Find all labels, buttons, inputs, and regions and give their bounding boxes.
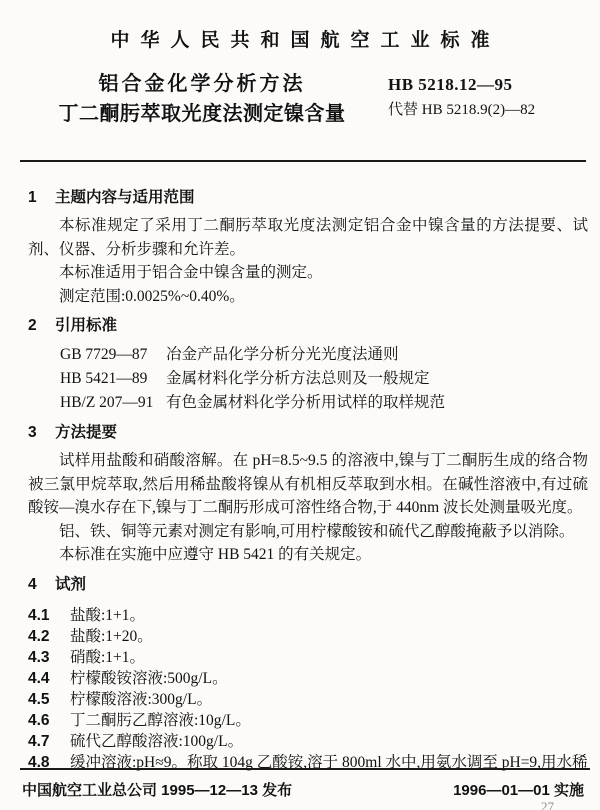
reference-row: HB 5421—89 金属材料化学分析方法总则及一般规定 bbox=[28, 367, 588, 391]
reagent-item-number: 4.3 bbox=[28, 647, 70, 668]
document-body: 1 主题内容与适用范围 本标准规定了采用丁二酮肟萃取光度法测定铝合金中镍含量的方… bbox=[0, 187, 600, 773]
reagent-item-text: 柠檬酸铵溶液:500g/L。 bbox=[70, 668, 228, 689]
reagent-item-text: 盐酸:1+20。 bbox=[70, 626, 153, 647]
reagent-item: 4.7 硫代乙醇酸溶液:100g/L。 bbox=[28, 731, 588, 752]
section-1-paragraph-3: 测定范围:0.0025%~0.40%。 bbox=[28, 285, 588, 309]
standard-replaces: 代替 HB 5218.9(2)—82 bbox=[388, 98, 535, 119]
reagent-item: 4.4 柠檬酸铵溶液:500g/L。 bbox=[28, 668, 588, 689]
org-header-title: 中华人民共和国航空工业标准 bbox=[0, 0, 600, 52]
section-2-heading: 2 引用标准 bbox=[28, 315, 588, 337]
reagent-item: 4.5 柠檬酸溶液:300g/L。 bbox=[28, 689, 588, 710]
standard-code: HB 5218.12—95 bbox=[388, 75, 535, 95]
section-1-title: 主题内容与适用范围 bbox=[55, 187, 195, 209]
reference-row: HB/Z 207—91 有色金属材料化学分析用试样的取样规范 bbox=[28, 391, 588, 415]
reagent-item-number: 4.7 bbox=[28, 731, 70, 752]
standard-title-line2: 丁二酮肟萃取光度法测定镍含量 bbox=[26, 99, 378, 129]
section-3-number: 3 bbox=[28, 422, 55, 444]
section-4-title: 试剂 bbox=[55, 574, 86, 596]
reference-code: GB 7729—87 bbox=[60, 343, 166, 367]
reagent-list: 4.1 盐酸:1+1。 4.2 盐酸:1+20。 4.3 硝酸:1+1。 4.4… bbox=[28, 605, 588, 773]
section-1-paragraph-2: 本标准适用于铝合金中镍含量的测定。 bbox=[28, 261, 588, 285]
reagent-item-number: 4.1 bbox=[28, 605, 70, 626]
reagent-item-number: 4.4 bbox=[28, 668, 70, 689]
header-divider bbox=[20, 160, 586, 162]
footer-divider bbox=[20, 768, 590, 770]
reagent-item-text: 硫代乙醇酸溶液:100g/L。 bbox=[70, 731, 243, 752]
section-2-title: 引用标准 bbox=[55, 315, 117, 337]
section-4-number: 4 bbox=[28, 574, 55, 596]
reagent-item: 4.2 盐酸:1+20。 bbox=[28, 626, 588, 647]
reagent-item-text: 丁二酮肟乙醇溶液:10g/L。 bbox=[70, 710, 251, 731]
section-3-paragraph-1: 试样用盐酸和硝酸溶解。在 pH=8.5~9.5 的溶液中,镍与丁二酮肟生成的络合… bbox=[28, 449, 588, 520]
section-1-paragraph-1: 本标准规定了采用丁二酮肟萃取光度法测定铝合金中镍含量的方法提要、试剂、仪器、分析… bbox=[28, 214, 588, 261]
footer-effective-text: 1996—01—01 实施 bbox=[453, 779, 584, 800]
reference-title: 冶金产品化学分析分光光度法通则 bbox=[166, 343, 399, 367]
section-3-heading: 3 方法提要 bbox=[28, 422, 588, 444]
reference-list: GB 7729—87 冶金产品化学分析分光光度法通则 HB 5421—89 金属… bbox=[28, 343, 588, 415]
reagent-item: 4.3 硝酸:1+1。 bbox=[28, 647, 588, 668]
reference-code: HB/Z 207—91 bbox=[60, 391, 166, 415]
standard-designation: HB 5218.12—95 代替 HB 5218.9(2)—82 bbox=[388, 69, 535, 119]
section-1-heading: 1 主题内容与适用范围 bbox=[28, 187, 588, 209]
reference-row: GB 7729—87 冶金产品化学分析分光光度法通则 bbox=[28, 343, 588, 367]
section-4-heading: 4 试剂 bbox=[28, 574, 588, 596]
reference-code: HB 5421—89 bbox=[60, 367, 166, 391]
reagent-item: 4.1 盐酸:1+1。 bbox=[28, 605, 588, 626]
footer: 中国航空工业总公司 1995—12—13 发布 1996—01—01 实施 bbox=[22, 779, 584, 800]
standard-title-line1: 铝合金化学分析方法 bbox=[26, 69, 378, 99]
title-block: 铝合金化学分析方法 丁二酮肟萃取光度法测定镍含量 HB 5218.12—95 代… bbox=[0, 69, 600, 129]
reagent-item-text: 盐酸:1+1。 bbox=[70, 605, 145, 626]
section-2-number: 2 bbox=[28, 315, 55, 337]
reagent-item: 4.6 丁二酮肟乙醇溶液:10g/L。 bbox=[28, 710, 588, 731]
standard-document-page: 中华人民共和国航空工业标准 铝合金化学分析方法 丁二酮肟萃取光度法测定镍含量 H… bbox=[0, 0, 600, 810]
page-number: 27 bbox=[541, 799, 554, 810]
section-3-title: 方法提要 bbox=[55, 422, 117, 444]
reagent-item-number: 4.6 bbox=[28, 710, 70, 731]
reference-title: 金属材料化学分析方法总则及一般规定 bbox=[166, 367, 430, 391]
reagent-item-text: 硝酸:1+1。 bbox=[70, 647, 145, 668]
section-3-paragraph-2: 铝、铁、铜等元素对测定有影响,可用柠檬酸铵和硫代乙醇酸掩蔽予以消除。 bbox=[28, 520, 588, 544]
reference-title: 有色金属材料化学分析用试样的取样规范 bbox=[166, 391, 445, 415]
section-3-paragraph-3: 本标准在实施中应遵守 HB 5421 的有关规定。 bbox=[28, 543, 588, 567]
section-1-number: 1 bbox=[28, 187, 55, 209]
reagent-item-number: 4.2 bbox=[28, 626, 70, 647]
footer-issued-text: 中国航空工业总公司 1995—12—13 发布 bbox=[22, 779, 292, 800]
reagent-item-number: 4.5 bbox=[28, 689, 70, 710]
reagent-item-text: 柠檬酸溶液:300g/L。 bbox=[70, 689, 212, 710]
standard-title: 铝合金化学分析方法 丁二酮肟萃取光度法测定镍含量 bbox=[26, 69, 378, 129]
